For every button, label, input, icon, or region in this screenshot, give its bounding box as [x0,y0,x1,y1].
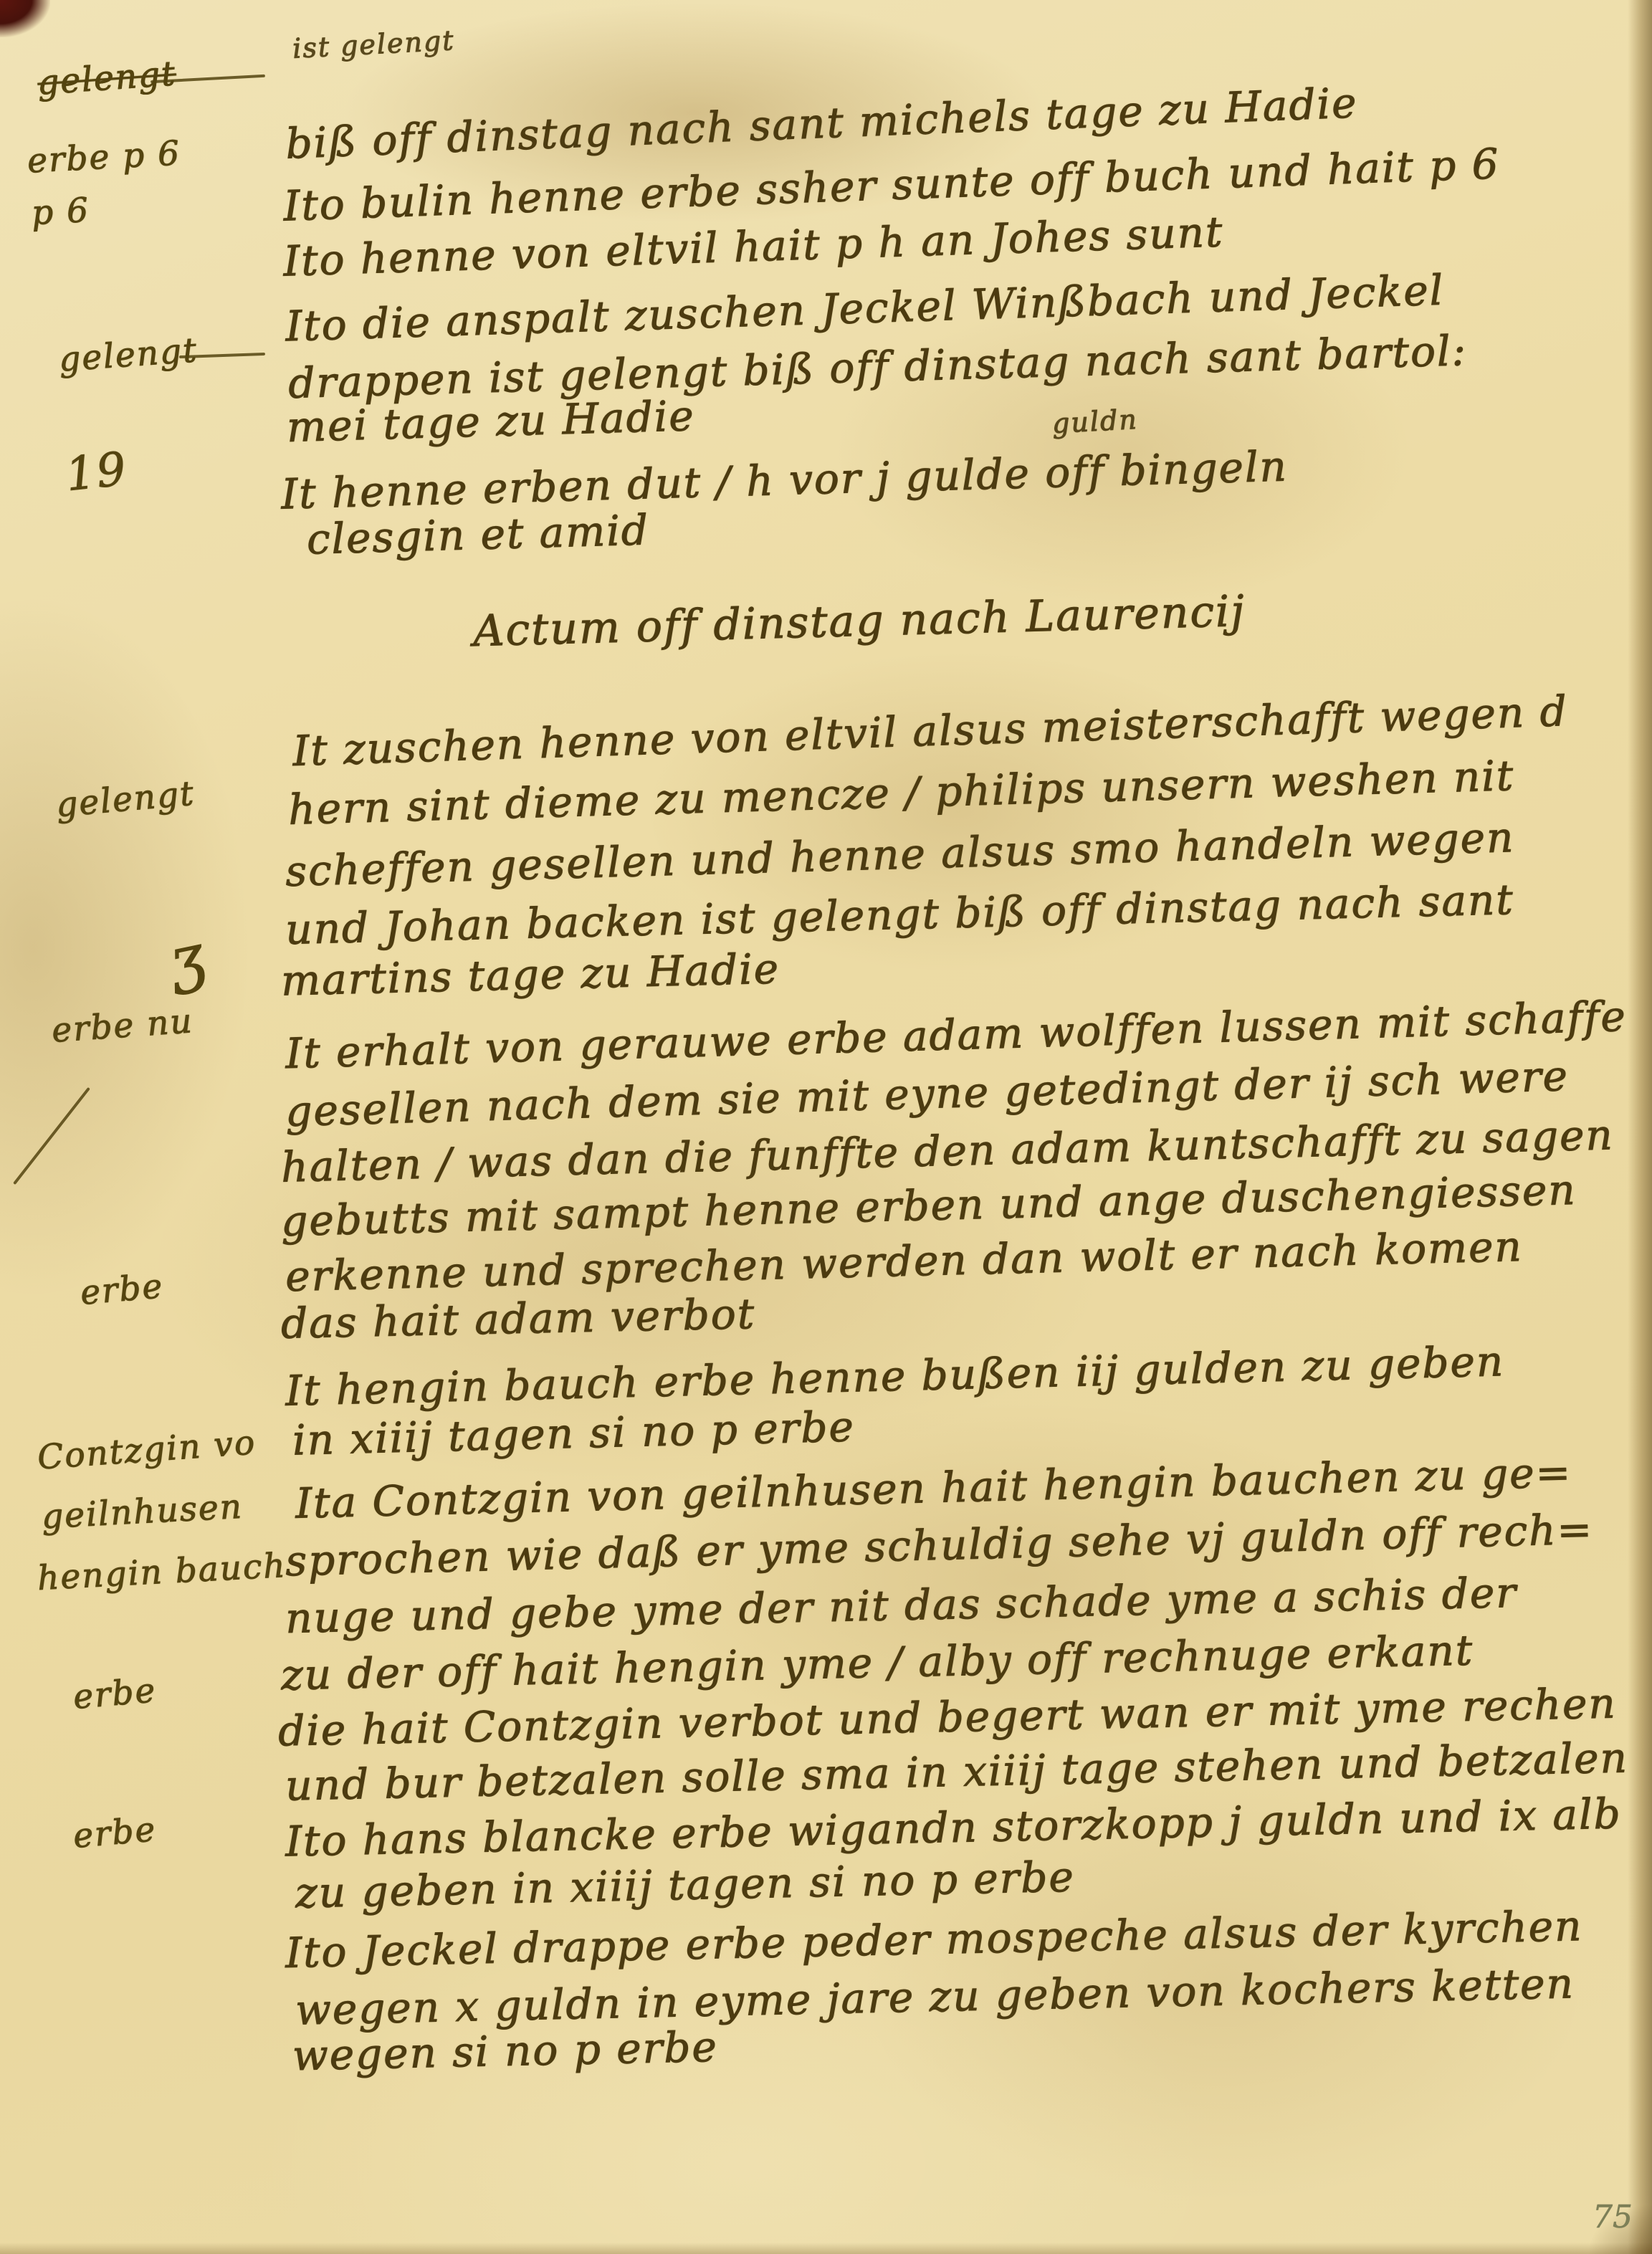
margin-mark: 19 [63,443,130,502]
margin-note: p 6 [31,191,91,233]
text-line: wegen si no p erbe [292,2023,718,2080]
interlinear-note: guldn [1051,403,1139,439]
page-bottom-edge [0,2243,1652,2254]
margin-note: erbe [72,1671,158,1717]
margin-note: Contzgin vo [36,1423,257,1477]
margin-note: gelengt [57,330,199,379]
page-right-edge [1628,0,1652,2254]
dark-corner-stain [0,0,50,37]
text-line: It hengin bauch erbe henne bußen iij gul… [285,1337,1504,1415]
manuscript-page: gelengt erbe p 6 p 6 gelengt 19 gelengt … [0,0,1652,2254]
margin-note: gelengt [54,774,196,826]
margin-note: geilnhusen [41,1487,244,1537]
margin-note: erbe nu [50,1001,194,1051]
text-line: mei tage zu Hadie [286,391,695,452]
text-line: das hait adam verbot [280,1289,755,1348]
flourish-mark: ʒ [162,920,211,998]
folio-number: 75 [1593,2199,1633,2235]
margin-note: erbe [72,1810,158,1856]
section-heading: Actum off dinstag nach Laurencij [472,586,1246,656]
text-line: clesgin et amid [306,505,650,563]
margin-note: erbe p 6 [27,133,182,181]
pen-stroke [13,1087,90,1185]
text-line: martins tage zu Hadie [280,945,780,1006]
text-line: It henne erben dut / h vor j gulde off b… [280,441,1288,518]
margin-note: gelengt [36,54,177,102]
margin-note: erbe [79,1266,166,1313]
interlinear-note: ist gelengt [292,24,456,65]
margin-note: hengin bauch [37,1546,287,1598]
